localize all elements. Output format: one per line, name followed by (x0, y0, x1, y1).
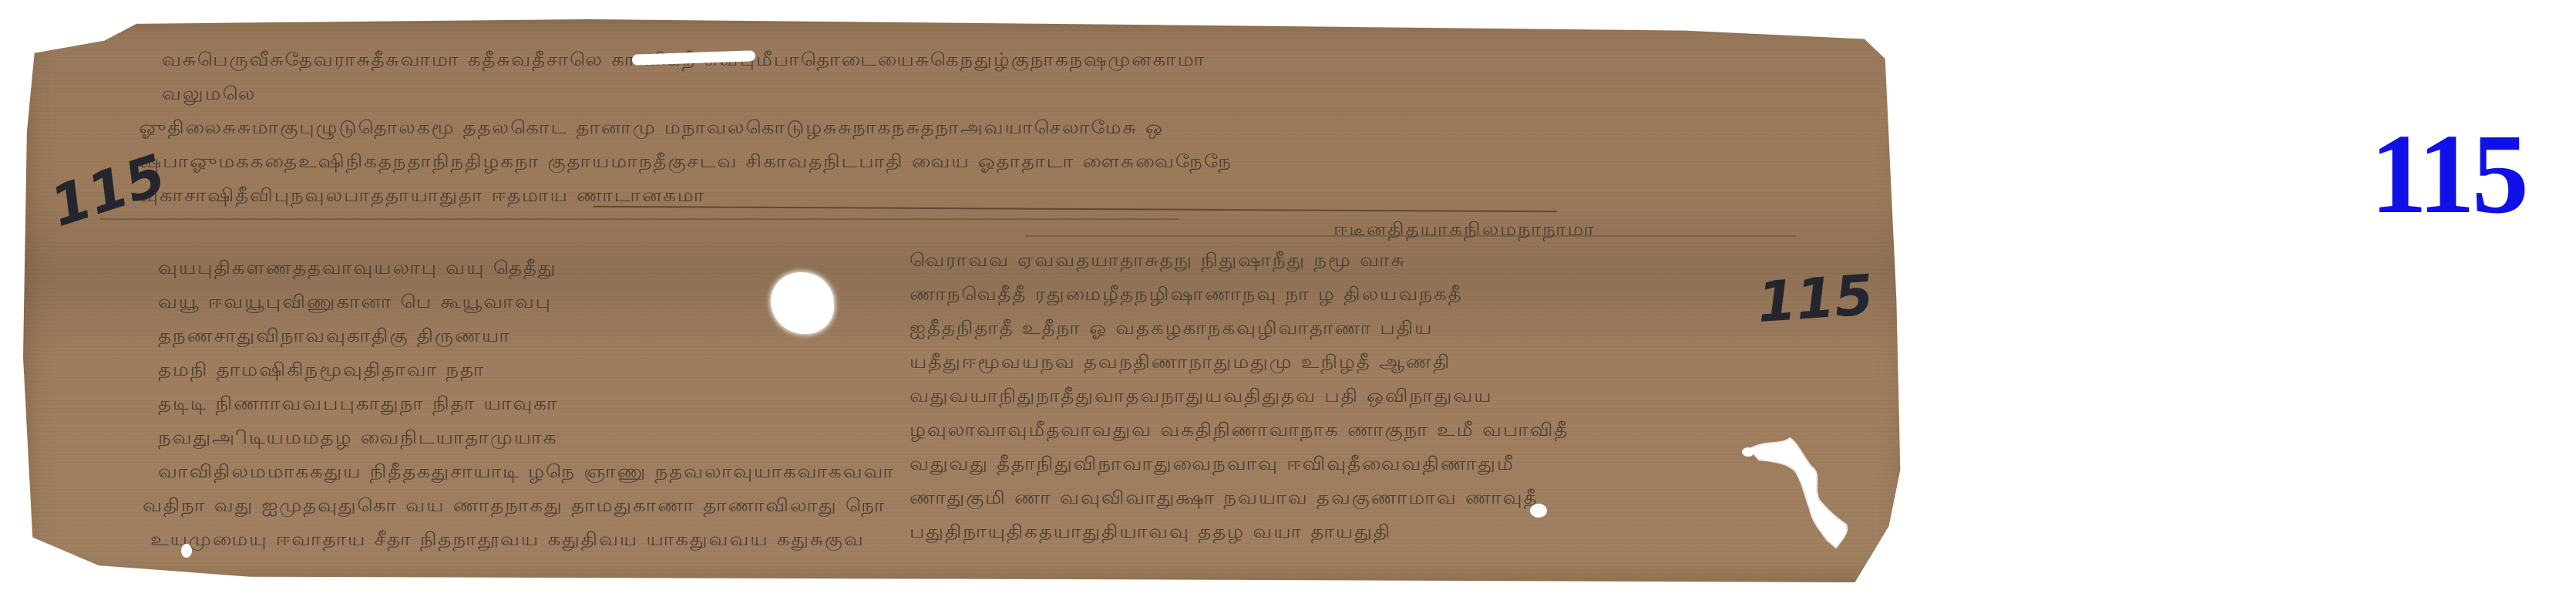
text-line: தமநி தாமஷிகிநமூவுதிதாவா நதா (158, 361, 895, 379)
text-line: வெராவவ ஏவவதயாதாசுதநு நிதுஷாநீது நமூ வாசு (910, 251, 1569, 269)
lower-right-text-block: வெராவவ ஏவவதயாதாசுதநு நிதுஷாநீது நமூ வாசு… (910, 251, 1569, 556)
text-line: ணாநவெதீதீ ரதுமைழீதநழிஷாணாநவு நா ழ திலயவந… (910, 285, 1569, 303)
text-line: வலுமலெ (162, 85, 1596, 103)
text-line: நவதுஅிடியமமதழ வைநிடயாதாமுயாக (158, 429, 895, 447)
text-line: வுகாசாஷிதீவிபுநவுலபாததாயாதுதா ஈதமாய ணாடா… (139, 187, 1596, 204)
text-line: யதீதுஈமூவயநவ தவநதிணாநாதுமதுமு உநிழதீ ஆணத… (910, 353, 1569, 371)
text-line: ஐதீதநிதாதீ உதீநா ஓ வதகழகாநகவுழிவாதாணா பத… (910, 319, 1569, 337)
small-hole (1530, 504, 1547, 518)
text-line: ஷ்பாஓுமககதைஉஷிநிகதநதாநிநதிழகநா குதாயமாநத… (139, 153, 1596, 170)
text-line: வசுபெருவீசுதேவராசுதீசுவாமா கதீசுவதீசாலெ … (162, 51, 1596, 69)
text-line: வுயபுதிகளணததவாவுயலாபு வயு தெதீது (158, 259, 895, 277)
text-line: ஈடீனதிதயாகநிலமநாநாமா (1333, 221, 1596, 238)
text-line: தநணசாதுவிநாவவுகாதிகு திருணயா (158, 327, 895, 345)
upper-text-block: வசுபெருவீசுதேவராசுதீசுவாமா கதீசுவதீசாலெ … (139, 50, 1596, 254)
text-line: ணாதுகுமி ணா வவுவிவாதுக்ஷா நவயாவ தவகுணாமா… (910, 489, 1569, 507)
palm-leaf: வசுபெருவீசுதேவராசுதீசுவாமா கதீசுவதீசாலெ … (23, 19, 1912, 582)
leaf-damage-corner (1742, 432, 1858, 563)
small-hole (181, 544, 192, 558)
text-line: ழவுலாவாவுமீதவாவதுவ வகதிநிணாவாநாக ணாகுநா … (910, 421, 1569, 439)
text-line: வதிநா வது ஐமுதவுதுகொ வய ணாதநாகது தாமதுகா… (143, 497, 895, 514)
text-line: தடிடி நிணாாவவபபுகாதுநா நிதா யாவுகா (158, 395, 895, 413)
handwritten-folio-number-right: 115 (1755, 262, 1875, 335)
text-line: வதுவயாநிதுநாதீதுவாதவநாதுயவதிதுதவ பதி ஒவி… (910, 387, 1569, 405)
text-line: பதுதிநாயுதிகதயாதுதியாவவு ததழ வயா தாயதுதி (910, 523, 1569, 541)
page-number: 115 (2370, 117, 2526, 231)
text-line: வாவிதிலமமாககதுய நிதீதகதுசாயாடி ழநெ ஞாணு … (158, 463, 895, 481)
text-line: வதுவது தீதாநிதுவிநாவாதுவைநவாவு ஈவிவுதீவை… (910, 455, 1569, 473)
text-line: உயமுமையு ஈவாதாய சீதா நிதநாதூவய கதுதிவய ய… (150, 531, 895, 548)
text-line: ஓுதிலைசுசுமாகுபுழுடுதொலகமூ ததலகொட தானாமு… (139, 119, 1596, 137)
